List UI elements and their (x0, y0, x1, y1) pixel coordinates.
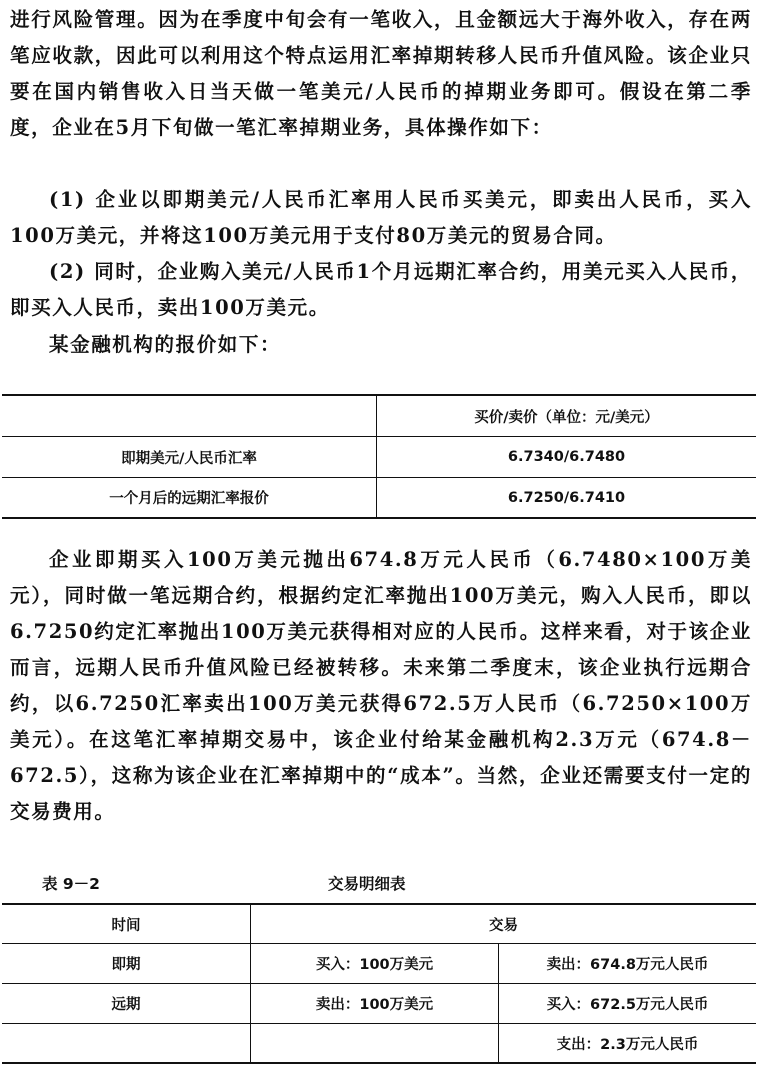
table-header-cell (2, 396, 376, 436)
table-cell: 即期 (2, 944, 250, 983)
table-cell: 一个月后的远期汇率报价 (2, 478, 376, 517)
table-cell: 卖出：100万美元 (251, 984, 498, 1023)
paragraph-step-2: (2) 同时，企业购入美元/人民币1个月远期汇率合约，用美元买入人民币，即买入人… (10, 254, 752, 326)
table-cell: 买入：100万美元 (251, 944, 498, 983)
table-header-cell: 买价/卖价（单位：元/美元） (377, 396, 756, 436)
table-cell: 6.7340/6.7480 (377, 437, 756, 477)
table-header-cell: 交易 (251, 905, 756, 943)
table-cell (251, 1024, 498, 1062)
table-cell: 远期 (2, 984, 250, 1023)
table-label: 表 9－2 (42, 872, 100, 894)
table-cell: 即期美元/人民币汇率 (2, 437, 376, 477)
table-bottom-rule (2, 1062, 756, 1064)
table-cell: 买入：672.5万元人民币 (499, 984, 756, 1023)
table-title: 交易明细表 (328, 872, 406, 894)
table-cell: 支出：2.3万元人民币 (499, 1024, 756, 1062)
paragraph-step-1: (1) 企业以即期美元/人民币汇率用人民币买美元，即卖出人民币，买入100万美元… (10, 182, 752, 254)
table-cell (2, 1024, 250, 1062)
paragraph-analysis: 企业即期买入100万美元抛出674.8万元人民币（6.7480×100万美元），… (10, 542, 752, 830)
table-cell: 6.7250/6.7410 (377, 478, 756, 517)
table-cell: 卖出：674.8万元人民币 (499, 944, 756, 983)
table-bottom-rule (2, 517, 756, 519)
paragraph-quote-intro: 某金融机构的报价如下： (10, 327, 752, 363)
table-header-cell: 时间 (2, 905, 250, 943)
paragraph-intro: 进行风险管理。因为在季度中旬会有一笔收入，且金额远大于海外收入，存在两笔应收款，… (10, 2, 752, 146)
